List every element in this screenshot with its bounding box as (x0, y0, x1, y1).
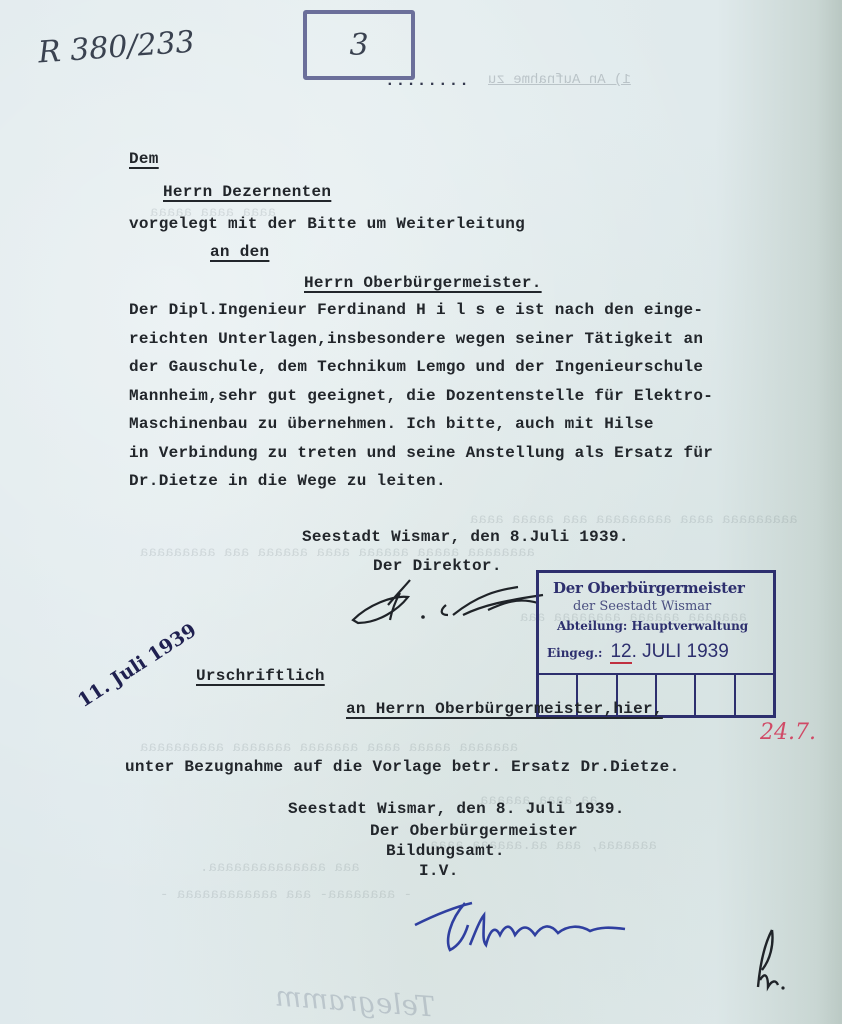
body-line: in Verbindung zu treten und seine Anstel… (129, 439, 713, 468)
body-line: Mannheim,sehr gut geeignet, die Dozenten… (129, 382, 713, 411)
faint-header-text: 1) An Aufnahme zu (488, 72, 631, 88)
body-line: Maschinenbau zu übernehmen. Ich bitte, a… (129, 410, 713, 439)
stamp-department: Abteilung: Hauptverwaltung (557, 619, 748, 633)
bleed-through-text: - aaaaaaaa- aaa aaaaaaaaaaaa - (160, 887, 412, 903)
stamp-received-date: 12. JULI 1939 (610, 641, 728, 663)
stamp-received-row: Eingeg.: 12. JULI 1939 (547, 641, 729, 663)
bleed-through-text: aaaaaaa aaaaa aaaa aaaaaaa aaaaaaa aaaaa… (140, 740, 518, 756)
addressing-an-den: an den (210, 243, 269, 261)
addressee-oberbuergermeister: Herrn Oberbürgermeister. (304, 274, 542, 292)
dotted-leader: ........ (385, 72, 470, 90)
bleed-through-text: aaa aaaaaaaaaaaaaa. (200, 860, 360, 876)
forwarding-reference: unter Bezugnahme auf die Vorlage betr. E… (125, 758, 680, 776)
salutation-dem: Dem (129, 150, 159, 168)
body-line: reichten Unterlagen,insbesondere wegen s… (129, 325, 713, 354)
letter-body: Der Dipl.Ingenieur Ferdinand H i l s e i… (129, 296, 713, 496)
stamp-received-label: Eingeg.: (547, 646, 602, 660)
faint-bottom-text: Telegramm (274, 979, 436, 1023)
body-line: der Gauschule, dem Technikum Lemgo und d… (129, 353, 713, 382)
closing-title-director: Der Direktor. (373, 557, 502, 575)
forwarding-request: vorgelegt mit der Bitte um Weiterleitung (129, 215, 525, 233)
closing2-proxy: I.V. (419, 862, 459, 880)
stamp-cell (736, 675, 773, 715)
director-signature (348, 575, 548, 635)
stamp-city: der Seestadt Wismar (573, 599, 711, 614)
body-line: Dr.Dietze in die Wege zu leiten. (129, 467, 713, 496)
forwarding-urschriftlich: Urschriftlich (196, 667, 325, 685)
closing-place-date: Seestadt Wismar, den 8.Juli 1939. (302, 528, 629, 546)
closing2-place-date: Seestadt Wismar, den 8. Juli 1939. (288, 800, 625, 818)
stamp-received-day: 12 (610, 641, 631, 664)
forwarding-addressee: an Herrn Oberbürgermeister,hier, (346, 700, 663, 718)
mayor-deputy-signature (410, 895, 630, 955)
stamp-cell (696, 675, 735, 715)
reference-number: R 380/233 (37, 25, 196, 71)
page-number: 3 (349, 28, 368, 63)
body-line: Der Dipl.Ingenieur Ferdinand H i l s e i… (129, 296, 713, 325)
stamp-authority: Der Oberbürgermeister (553, 579, 745, 597)
receipt-stamp: Der Oberbürgermeister der Seestadt Wisma… (536, 570, 776, 718)
red-pencil-annotation: 24.7. (760, 720, 816, 745)
date-stamp: 11. Juli 1939 (74, 619, 200, 712)
addressee-dezernent: Herrn Dezernenten (163, 183, 331, 201)
bleed-through-text: aaaaaaaaa aaaa aaaaaaaaa aaa aaaaa aaaa (470, 512, 798, 528)
closing2-department: Bildungsamt. (386, 842, 505, 860)
closing2-title: Der Oberbürgermeister (370, 822, 578, 840)
initials-mark (750, 925, 790, 995)
stamp-received-month-year: . JULI 1939 (632, 641, 729, 662)
page-number-box: 3 (303, 10, 415, 80)
